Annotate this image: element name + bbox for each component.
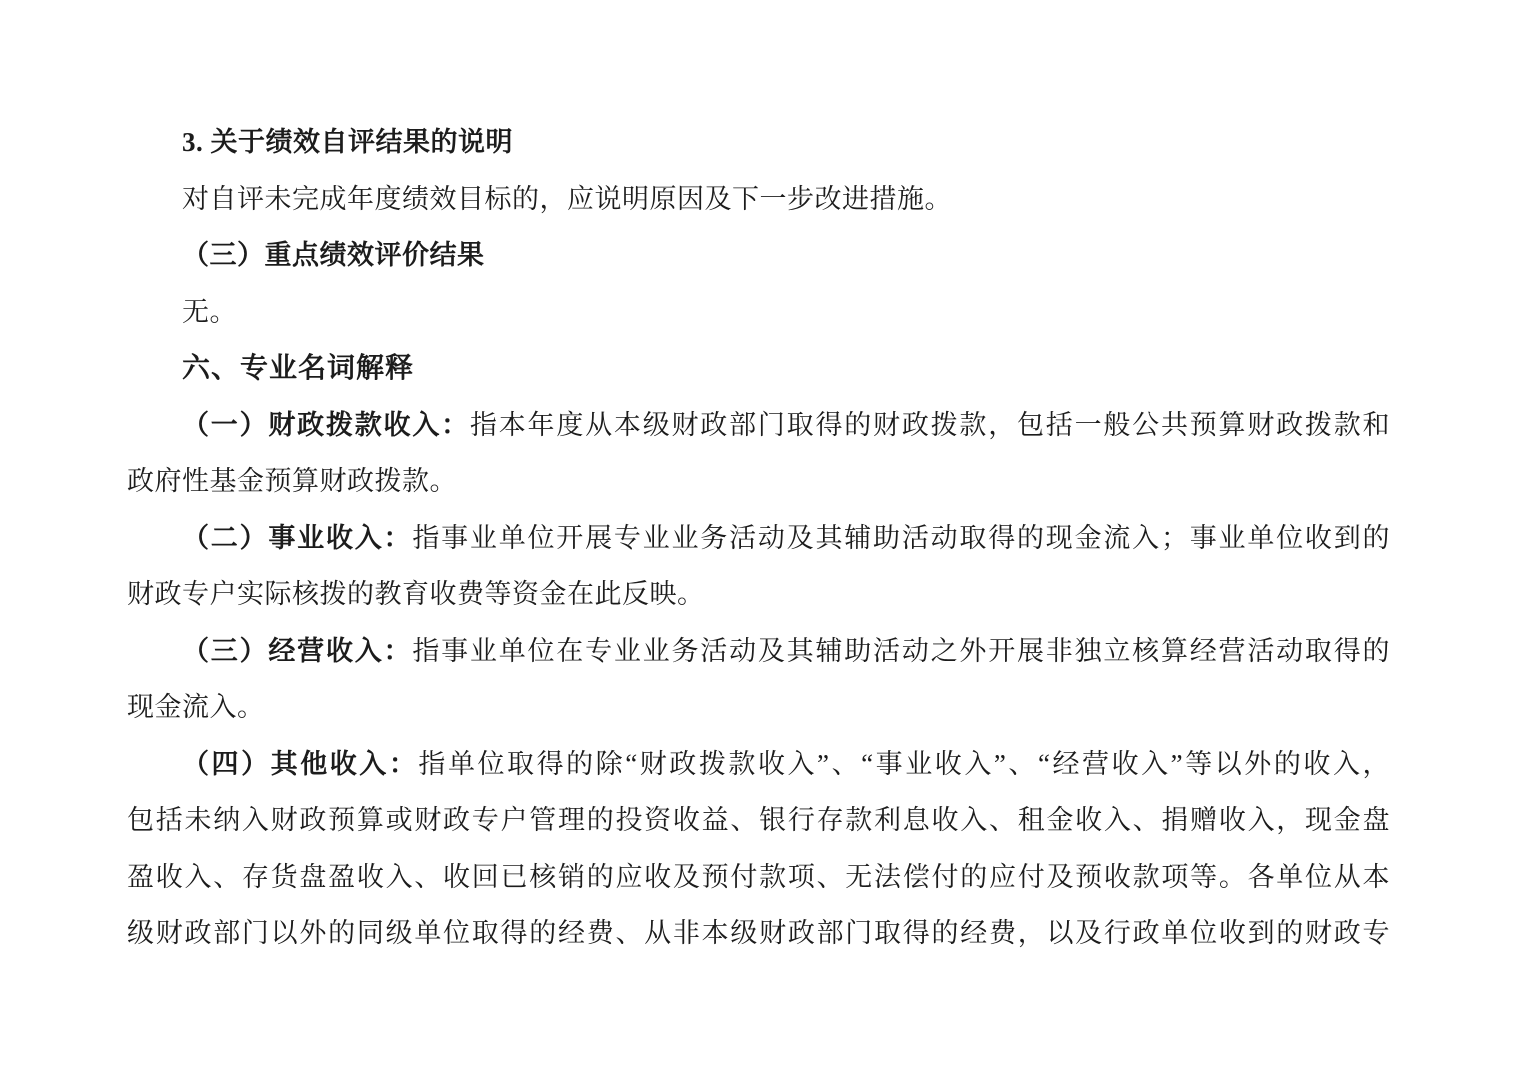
text-line: （三）经营收入：指事业单位在专业业务活动及其辅助活动之外开展非独立核算经营活动取…	[127, 623, 1390, 680]
text-line: 政府性基金预算财政拨款。	[127, 453, 1390, 510]
text-line: 对自评未完成年度绩效目标的，应说明原因及下一步改进措施。	[127, 171, 1390, 228]
text-line: （三）重点绩效评价结果	[127, 227, 1390, 284]
text-segment: 指本年度从本级财政部门取得的财政拨款，包括一般公共预算财政拨款和	[470, 410, 1390, 440]
bold-text-segment: 六、专业名词解释	[182, 352, 414, 383]
document-page: 3. 关于绩效自评结果的说明对自评未完成年度绩效目标的，应说明原因及下一步改进措…	[0, 0, 1520, 1074]
bold-text-segment: （三）经营收入：	[182, 636, 412, 666]
text-line: （一）财政拨款收入：指本年度从本级财政部门取得的财政拨款，包括一般公共预算财政拨…	[127, 397, 1390, 454]
bold-text-segment: （二）事业收入：	[182, 523, 412, 553]
bold-text-segment: 3. 关于绩效自评结果的说明	[182, 127, 513, 157]
text-line: 六、专业名词解释	[127, 340, 1390, 397]
text-segment: 指单位取得的除“财政拨款收入”、“事业收入”、“经营收入”等以外的收入，	[418, 749, 1390, 779]
text-line: 包括未纳入财政预算或财政专户管理的投资收益、银行存款利息收入、租金收入、捐赠收入…	[127, 792, 1390, 849]
text-segment: 级财政部门以外的同级单位取得的经费、从非本级财政部门取得的经费，以及行政单位收到…	[127, 918, 1390, 948]
text-segment: 财政专户实际核拨的教育收费等资金在此反映。	[127, 579, 705, 609]
bold-text-segment: （一）财政拨款收入：	[182, 410, 470, 440]
text-segment: 现金流入。	[127, 692, 265, 722]
text-segment: 指事业单位在专业业务活动及其辅助活动之外开展非独立核算经营活动取得的	[412, 636, 1390, 666]
text-segment: 包括未纳入财政预算或财政专户管理的投资收益、银行存款利息收入、租金收入、捐赠收入…	[127, 805, 1390, 835]
text-line: （四）其他收入：指单位取得的除“财政拨款收入”、“事业收入”、“经营收入”等以外…	[127, 736, 1390, 793]
text-line: 级财政部门以外的同级单位取得的经费、从非本级财政部门取得的经费，以及行政单位收到…	[127, 905, 1390, 962]
text-segment: 政府性基金预算财政拨款。	[127, 466, 457, 496]
text-line: 3. 关于绩效自评结果的说明	[127, 114, 1390, 171]
text-segment: 盈收入、存货盘盈收入、收回已核销的应收及预付款项、无法偿付的应付及预收款项等。各…	[127, 862, 1390, 892]
text-segment: 指事业单位开展专业业务活动及其辅助活动取得的现金流入；事业单位收到的	[412, 523, 1390, 553]
text-line: （二）事业收入：指事业单位开展专业业务活动及其辅助活动取得的现金流入；事业单位收…	[127, 510, 1390, 567]
text-line: 财政专户实际核拨的教育收费等资金在此反映。	[127, 566, 1390, 623]
text-line: 无。	[127, 284, 1390, 341]
text-line: 盈收入、存货盘盈收入、收回已核销的应收及预付款项、无法偿付的应付及预收款项等。各…	[127, 849, 1390, 906]
text-segment: 无。	[182, 297, 237, 327]
bold-text-segment: （四）其他收入：	[182, 749, 418, 779]
text-line: 现金流入。	[127, 679, 1390, 736]
text-segment: 对自评未完成年度绩效目标的，应说明原因及下一步改进措施。	[182, 184, 952, 214]
document-body: 3. 关于绩效自评结果的说明对自评未完成年度绩效目标的，应说明原因及下一步改进措…	[127, 114, 1390, 962]
bold-text-segment: （三）重点绩效评价结果	[182, 240, 485, 270]
